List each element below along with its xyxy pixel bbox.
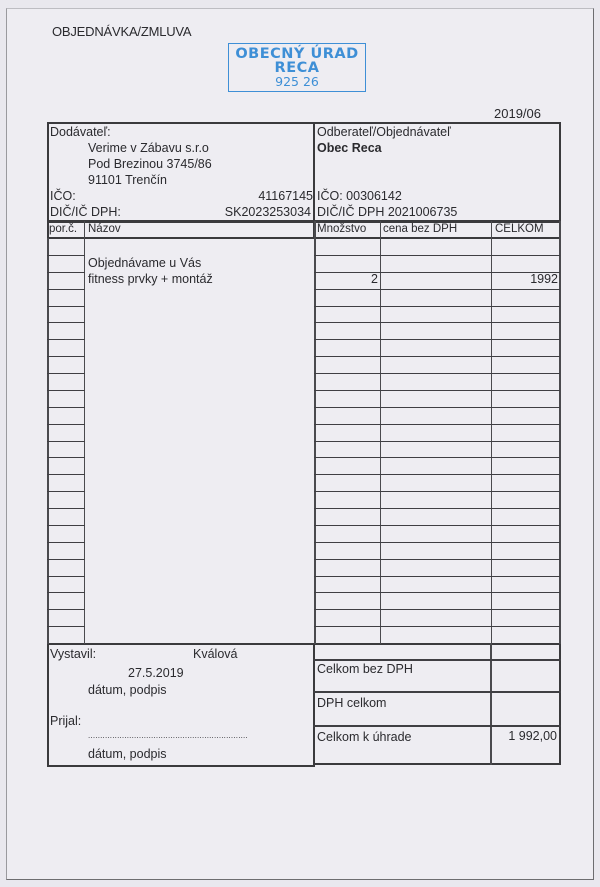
item-quantity: 2 [316,272,378,286]
grid-row-line [314,474,560,475]
grid-row-line [314,272,560,273]
grid-row-line [47,542,85,543]
supplier-dic-label: DIČ/IČ DPH: [50,205,121,219]
received-label: Prijal: [50,714,81,728]
grid-row-line [47,373,85,374]
issued-caption: dátum, podpis [88,683,167,697]
grid-row-line [314,289,560,290]
grid-row-line [314,356,560,357]
grid-row-line [47,559,85,560]
grid-row-line [314,407,560,408]
customer-dic: DIČ/IČ DPH 2021006735 [317,205,457,219]
supplier-city: 91101 Trenčín [88,173,167,187]
summary-divider [490,643,492,765]
customer-label: Odberateľ/Objednávateľ [317,125,451,139]
grid-row-line [314,576,560,577]
grid-row-line [314,255,560,256]
supplier-street: Pod Brezinou 3745/86 [88,157,212,171]
grid-row-line [47,289,85,290]
stamp-line-3: 925 26 [229,75,365,89]
vat-label: DPH celkom [317,696,386,710]
summary-row-line [313,691,561,693]
grid-col-divider [84,221,85,644]
order-period: 2019/06 [494,106,541,121]
grid-row-line [314,525,560,526]
grid-row-line [314,542,560,543]
grid-col-divider [380,221,381,644]
total-due-value: 1 992,00 [493,729,557,743]
grid-row-line [314,491,560,492]
grid-row-line [47,626,85,627]
grid-row-line [47,407,85,408]
received-signature-line: ........................................… [88,731,284,740]
grid-border-right [559,221,561,644]
issued-by: Kválová [193,647,237,661]
grid-row-line [47,441,85,442]
grid-row-line [314,609,560,610]
office-stamp: OBECNÝ ÚRAD RECA 925 26 [228,43,366,92]
grid-row-line [47,272,85,273]
received-caption: dátum, podpis [88,747,167,761]
grid-col-divider [491,221,492,644]
grid-row-line [47,322,85,323]
grid-row-line [314,339,560,340]
supplier-name: Verime v Zábavu s.r.o [88,141,209,155]
grid-row-line [47,474,85,475]
grid-row-line [47,306,85,307]
grid-row-line [47,508,85,509]
grid-row-line [314,592,560,593]
grid-row-line [314,441,560,442]
items-header-left [47,221,315,239]
grid-row-line [47,609,85,610]
grid-row-line [314,373,560,374]
grid-row-line [47,576,85,577]
customer-name: Obec Reca [317,141,382,155]
grid-row-line [314,322,560,323]
grid-row-line [314,306,560,307]
supplier-ico: 41167145 [200,189,313,203]
grid-row-line [47,255,85,256]
document-title: OBJEDNÁVKA/ZMLUVA [52,24,191,39]
item-description-line-1: Objednávame u Vás [88,256,201,270]
grid-row-line [47,457,85,458]
grid-row-line [47,390,85,391]
grid-row-line [314,457,560,458]
stamp-line-1: OBECNÝ ÚRAD [229,47,365,61]
total-due-label: Celkom k úhrade [317,730,412,744]
supplier-label: Dodávateľ: [50,125,111,139]
grid-row-line [314,626,560,627]
grid-row-line [314,559,560,560]
stamp-line-2: RECA [229,61,365,75]
summary-row-line [313,725,561,727]
grid-row-line [47,339,85,340]
issued-date: 27.5.2019 [128,666,184,680]
customer-ico: IČO: 00306142 [317,189,402,203]
items-header-right [313,221,561,239]
supplier-ico-label: IČO: [50,189,76,203]
summary-row-line [313,659,561,661]
supplier-dic: SK2023253034 [180,205,311,219]
issued-label: Vystavil: [50,647,96,661]
subtotal-label: Celkom bez DPH [317,662,413,676]
grid-row-line [314,508,560,509]
item-description-line-2: fitness prvky + montáž [88,272,213,286]
grid-col-divider [314,221,316,644]
grid-row-line [47,424,85,425]
item-total: 1992 [492,272,558,286]
grid-row-line [314,424,560,425]
grid-row-line [47,491,85,492]
grid-row-line [314,390,560,391]
grid-row-line [47,525,85,526]
grid-row-line [47,592,85,593]
grid-row-line [47,356,85,357]
